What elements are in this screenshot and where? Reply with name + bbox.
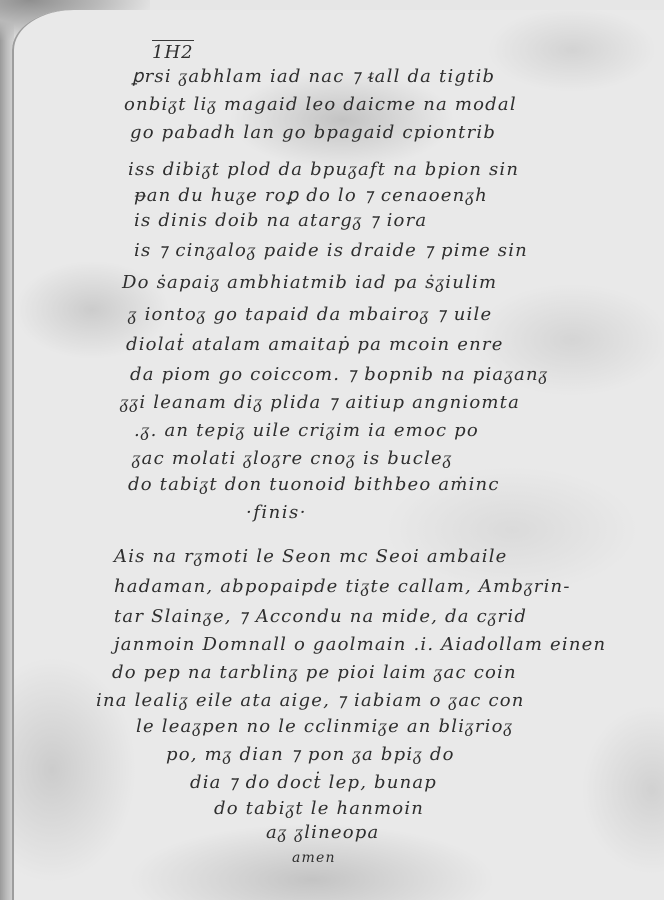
- colophon-line: janmoin Domnall o gaolmain .i. Aiadollam…: [114, 634, 606, 655]
- colophon-line: ina lealiᵹ eile ata aige, ⁊ iabiam o ᵹac…: [96, 690, 525, 711]
- manuscript-page: 1H2 ꝑrsi ᵹabhlam iad nac ⁊ ᵵall da tigti…: [0, 0, 664, 900]
- colophon-line: dia ⁊ do docṫ lep, bunap: [190, 772, 437, 793]
- colophon-line: po, mᵹ dian ⁊ pon ᵹa bpiᵹ do: [166, 744, 455, 765]
- colophon-line: do pep na tarblinᵹ pe pioi laim ᵹac coin: [112, 662, 517, 683]
- colophon-line: hadaman, abpopaipde tiᵹte callam, Ambᵹri…: [114, 576, 571, 597]
- manuscript-line: .ᵹ. an tepiᵹ uile criᵹim ia emoc po: [134, 420, 479, 441]
- finis-line: ·finis·: [246, 502, 307, 523]
- manuscript-line: go pabadh lan go bpagaid cpiontrib: [130, 122, 496, 143]
- amen-line: amen: [292, 850, 336, 866]
- colophon-line: do tabiᵹt le hanmoin: [214, 798, 424, 819]
- colophon-line: tar Slainᵹe, ⁊ Accondu na mide, da cᵹrid: [114, 606, 527, 627]
- manuscript-line: ᵹᵹi leanam diᵹ plida ⁊ aitiup angniomta: [120, 392, 520, 413]
- manuscript-line: do tabiᵹt don tuonoid bithbeo aṁinc: [128, 474, 500, 495]
- manuscript-line: is ⁊ cinᵹaloᵹ paide is draide ⁊ pime sin: [134, 240, 528, 261]
- manuscript-line: iss dibiᵹt plod da bpuᵹaft na bpion sin: [128, 159, 519, 180]
- manuscript-line: da piom go coiccom. ⁊ bopnib na piaᵹanᵹ: [130, 364, 548, 385]
- manuscript-line: ᵹac molati ᵹloᵹre cnoᵹ is bucleᵹ: [132, 448, 453, 469]
- manuscript-line: is dinis doib na atargᵹ ⁊ iora: [134, 210, 427, 231]
- colophon-line: Ais na rᵹmoti le Seon mc Seoi ambaile: [114, 546, 508, 567]
- manuscript-line: diolaṫ atalam amaitaṗ pa mcoin enre: [126, 334, 504, 355]
- manuscript-line: ꝑrsi ᵹabhlam iad nac ⁊ ᵵall da tigtib: [132, 66, 495, 87]
- manuscript-line: ᵽan du huᵹe roꝑ do lo ⁊ cenaoenᵹh: [134, 185, 488, 206]
- manuscript-line: onbiᵹt liᵹ magaid leo daicme na modal: [124, 94, 517, 115]
- colophon-line: le leaᵹpen no le cclinmiᵹe an bliᵹrioᵹ: [136, 716, 513, 737]
- manuscript-line: Do ṡapaiᵹ ambhiatmib iad pa ṡᵹiulim: [122, 272, 497, 293]
- colophon-line: aᵹ ᵹlineopa: [266, 822, 379, 843]
- page-number: 1H2: [152, 40, 194, 63]
- manuscript-line: ᵹ iontoᵹ go tapaid da mbairoᵹ ⁊ uile: [128, 304, 492, 325]
